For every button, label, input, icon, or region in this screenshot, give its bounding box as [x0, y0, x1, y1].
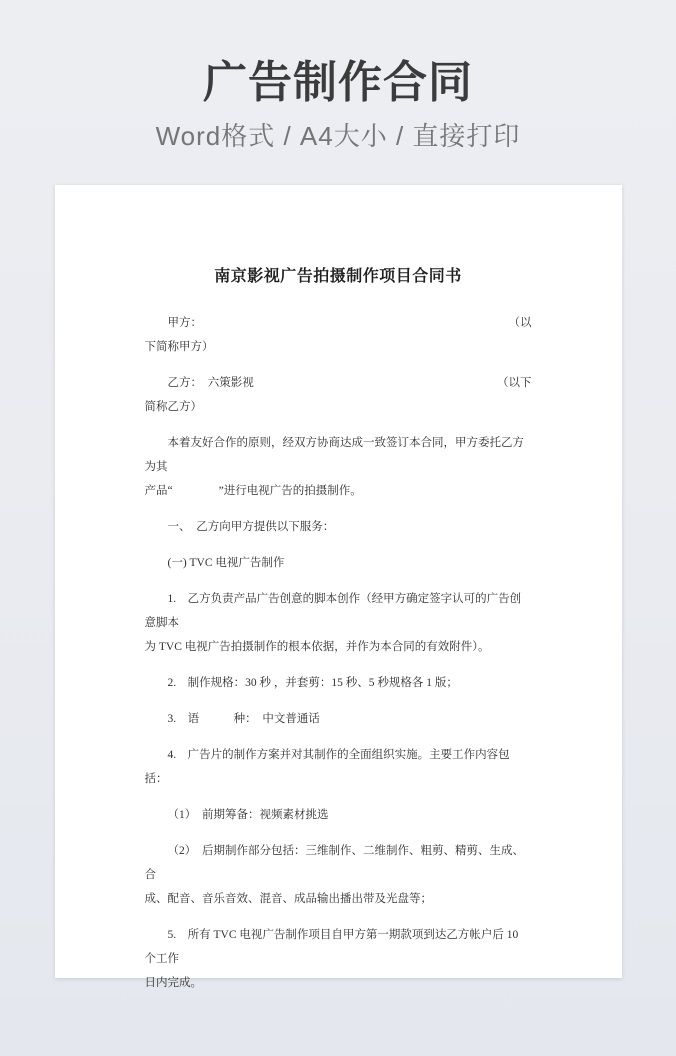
paragraph: 本着友好合作的原则，经双方协商达成一致签订本合同，甲方委托乙方为其产品“ ”进行… — [145, 431, 532, 503]
document-line: 下简称甲方） — [145, 335, 532, 359]
document-line: 日内完成。 — [145, 971, 532, 995]
document-line: 2. 制作规格：30 秒 ，并套剪：15 秒、5 秒规格各 1 版； — [145, 671, 532, 695]
paragraph: 1. 乙方负责产品广告创意的脚本创作（经甲方确定签字认可的广告创意脚本为 TVC… — [145, 587, 532, 659]
document-line: 5. 所有 TVC 电视广告制作项目自甲方第一期款项到达乙方帐户后 10 个工作 — [145, 923, 532, 971]
document-line: 1. 乙方负责产品广告创意的脚本创作（经甲方确定签字认可的广告创意脚本 — [145, 587, 532, 635]
document-line: （1） 前期筹备：视频素材挑选 — [145, 803, 532, 827]
document-line: （2） 后期制作部分包括：三维制作、二维制作、粗剪、精剪、生成、合 — [145, 839, 532, 887]
paragraph: 4. 广告片的制作方案并对其制作的全面组织实施。主要工作内容包括： — [145, 743, 532, 791]
document-line: 简称乙方） — [145, 395, 532, 419]
document-line: 3. 语 种： 中文普通话 — [145, 707, 532, 731]
paragraph: 一、 乙方向甲方提供以下服务： — [145, 515, 532, 539]
paragraph: 5. 所有 TVC 电视广告制作项目自甲方第一期款项到达乙方帐户后 10 个工作… — [145, 923, 532, 995]
page-title: 广告制作合同 — [0, 58, 676, 108]
header: 广告制作合同 Word格式 / A4大小 / 直接打印 — [0, 0, 676, 152]
line-left-text: 甲方： — [168, 311, 203, 335]
document-line: 甲方：（以 — [145, 311, 532, 335]
paragraph: （1） 前期筹备：视频素材挑选 — [145, 803, 532, 827]
document-line: 乙方： 六策影视（以下 — [145, 371, 532, 395]
paragraph: (一) TVC 电视广告制作 — [145, 551, 532, 575]
document-line: 为 TVC 电视广告拍摄制作的根本依据，并作为本合同的有效附件）。 — [145, 635, 532, 659]
document-line: 成、配音、音乐音效、混音、成品输出播出带及光盘等； — [145, 887, 532, 911]
document-page: 南京影视广告拍摄制作项目合同书 甲方：（以下简称甲方）乙方： 六策影视（以下简称… — [55, 185, 622, 978]
document-title: 南京影视广告拍摄制作项目合同书 — [145, 265, 532, 289]
document-line: 4. 广告片的制作方案并对其制作的全面组织实施。主要工作内容包括： — [145, 743, 532, 791]
paragraph: 乙方： 六策影视（以下简称乙方） — [145, 371, 532, 419]
paragraph: （2） 后期制作部分包括：三维制作、二维制作、粗剪、精剪、生成、合成、配音、音乐… — [145, 839, 532, 911]
page-subtitle: Word格式 / A4大小 / 直接打印 — [0, 120, 676, 152]
document-line: 产品“ ”进行电视广告的拍摄制作。 — [145, 479, 532, 503]
line-left-text: 乙方： 六策影视 — [168, 371, 254, 395]
paragraph: 2. 制作规格：30 秒 ，并套剪：15 秒、5 秒规格各 1 版； — [145, 671, 532, 695]
paragraph: 甲方：（以下简称甲方） — [145, 311, 532, 359]
document-line: 一、 乙方向甲方提供以下服务： — [145, 515, 532, 539]
paragraph: 3. 语 种： 中文普通话 — [145, 707, 532, 731]
document-body: 甲方：（以下简称甲方）乙方： 六策影视（以下简称乙方）本着友好合作的原则，经双方… — [145, 311, 532, 995]
line-right-text: （以 — [509, 311, 532, 335]
document-line: 本着友好合作的原则，经双方协商达成一致签订本合同，甲方委托乙方为其 — [145, 431, 532, 479]
document-line: (一) TVC 电视广告制作 — [145, 551, 532, 575]
line-right-text: （以下 — [497, 371, 532, 395]
